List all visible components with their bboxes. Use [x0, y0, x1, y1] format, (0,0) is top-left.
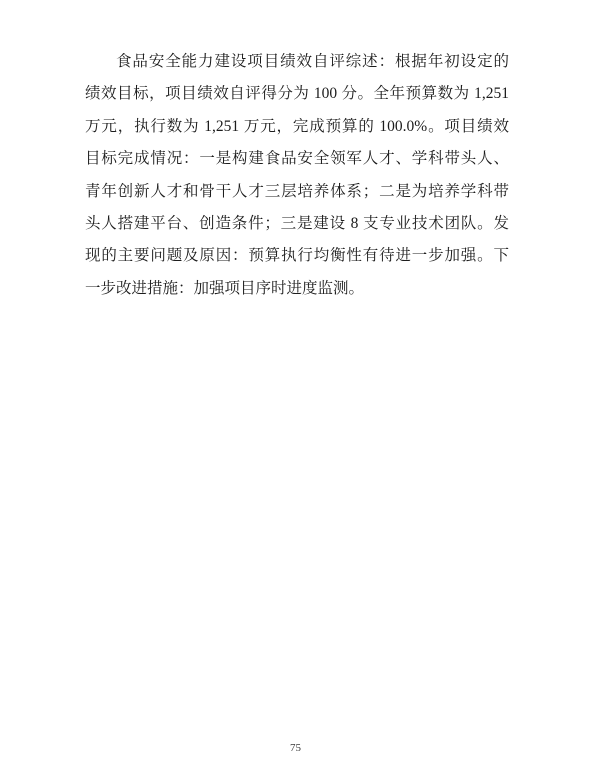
paragraph-line: 食品安全能力建设项目绩效自评综述：根据年初设定的: [85, 46, 509, 78]
paragraph-line: 现的主要问题及原因：预算执行均衡性有待进一步加强。下: [85, 240, 509, 272]
paragraph-line: 青年创新人才和骨干人才三层培养体系；二是为培养学科带: [85, 176, 509, 208]
paragraph-line: 目标完成情况：一是构建食品安全领军人才、学科带头人、: [85, 143, 509, 175]
page-number: 75: [0, 742, 591, 754]
paragraph-line: 头人搭建平台、创造条件；三是建设 8 支专业技术团队。发: [85, 208, 509, 240]
paragraph-line: 一步改进措施：加强项目序时进度监测。: [85, 273, 509, 305]
paragraph-line: 绩效目标，项目绩效自评得分为 100 分。全年预算数为 1,251: [85, 78, 509, 110]
paragraph-line: 万元，执行数为 1,251 万元，完成预算的 100.0%。项目绩效: [85, 111, 509, 143]
self-evaluation-paragraph: 食品安全能力建设项目绩效自评综述：根据年初设定的 绩效目标，项目绩效自评得分为 …: [85, 46, 509, 305]
